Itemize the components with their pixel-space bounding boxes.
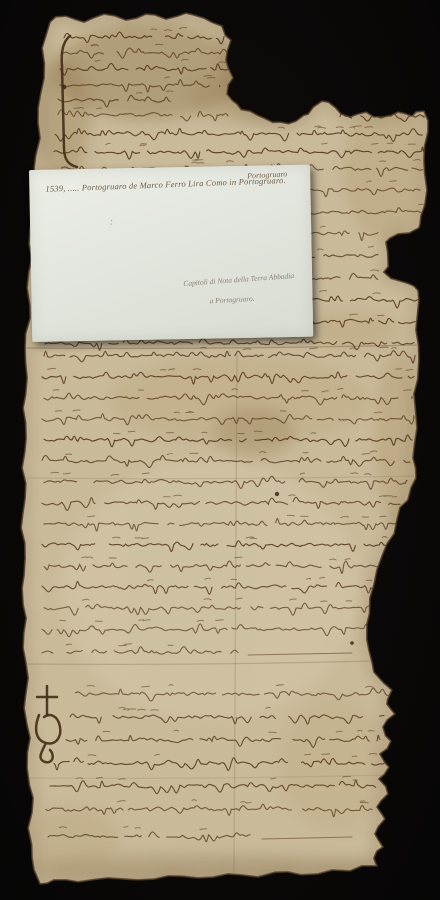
archival-label-stray-dots: : [110,216,113,226]
archival-label-corner-note: Portogruaro [247,169,288,180]
parchment-svg [0,0,440,900]
archival-label: 1539, ..... Portogruaro de Marco Ferro L… [29,165,313,342]
archival-label-center-note-line1: Capitoli di Nota della Terra Abbadia [183,271,294,288]
archival-label-center-note-line2: a Portogruaro. [209,294,255,305]
manuscript-photo: 1539, ..... Portogruaro de Marco Ferro L… [0,0,440,900]
archival-label-year-line: 1539, ..... Portogruaro de Marco Ferro L… [45,175,286,194]
